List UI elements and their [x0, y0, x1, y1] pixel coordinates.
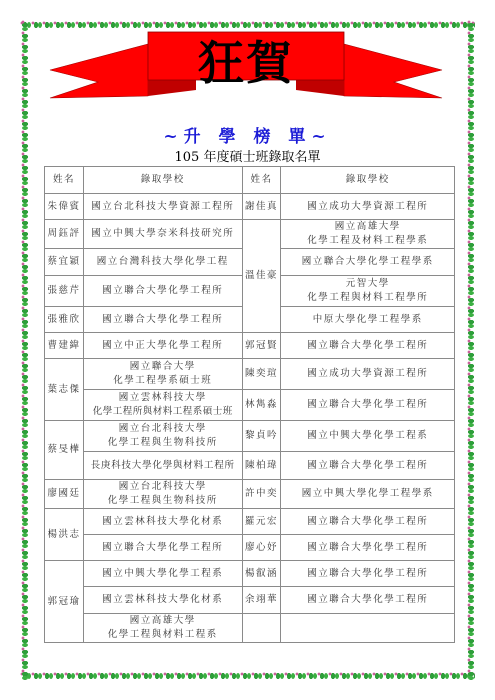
table-row: 郭冠瑜 國立中興大學化學工程系 楊叡涵 國立聯合大學化學工程所: [45, 561, 455, 587]
school-cell: 國立成功大學資源工程所: [281, 359, 455, 390]
school-line: 化學工程與生物科技所: [86, 494, 240, 508]
school-cell: 國立聯合大學化學工程所: [281, 452, 455, 480]
school-cell: 國立雲林科技大學化材系: [83, 509, 242, 535]
school-cell: 國立中興大學化學工程學系: [281, 480, 455, 509]
holly-border-right: [466, 20, 475, 680]
table-row: 周鈺評 國立中興大學奈米科技研究所 溫佳豪 國立高雄大學化學工程及材料工程學系: [45, 220, 455, 249]
table-header-row: 姓名 錄取學校 姓名 錄取學校: [45, 167, 455, 194]
empty-cell: [281, 614, 455, 643]
school-cell: 國立高雄大學化學工程與材料工程系: [83, 614, 242, 643]
table-row: 蔡旻樺 國立台北科技大學化學工程與生物科技所 黎貞吟 國立中興大學化學工程系: [45, 421, 455, 452]
school-cell: 國立台灣科技大學化學工程: [83, 249, 242, 276]
school-line: 國立台北科技大學: [86, 480, 240, 494]
empty-cell: [242, 614, 281, 643]
school-line: 化學工程與材料工程系: [86, 628, 240, 642]
student-name: 蔡旻樺: [45, 421, 84, 480]
table-row: 葉志傑 國立聯合大學化學工程學系碩士班 陳奕瑄 國立成功大學資源工程所: [45, 359, 455, 390]
student-name: 黎貞吟: [242, 421, 281, 452]
student-name: 羅元宏: [242, 509, 281, 535]
admission-table: 姓名 錄取學校 姓名 錄取學校 朱偉賓 國立台北科技大學資源工程所 謝佳真 國立…: [44, 166, 455, 643]
holly-border-left: [20, 20, 29, 680]
student-name: 楊洪志: [45, 509, 84, 561]
school-cell: 國立中正大學化學工程所: [83, 333, 242, 359]
student-name: 林雋淼: [242, 390, 281, 421]
table-row: 國立聯合大學化學工程所 廖心妤 國立聯合大學化學工程所: [45, 535, 455, 561]
header-school: 錄取學校: [83, 167, 242, 194]
table-row: 朱偉賓 國立台北科技大學資源工程所 謝佳真 國立成功大學資源工程所: [45, 194, 455, 220]
school-cell: 國立聯合大學化學工程所: [83, 276, 242, 307]
student-name: 楊叡涵: [242, 561, 281, 587]
table-row: 國立雲林科技大學化學工程所與材料工程系碩士班 林雋淼 國立聯合大學化學工程所: [45, 390, 455, 421]
school-line: 國立高雄大學: [283, 220, 452, 234]
table-row: 國立雲林科技大學化材系 余翊華 國立聯合大學化學工程所: [45, 587, 455, 614]
school-cell: 中原大學化學工程學系: [281, 307, 455, 333]
school-line: 元智大學: [283, 277, 452, 291]
table-row: 曹建緯 國立中正大學化學工程所 郭冠賢 國立聯合大學化學工程所: [45, 333, 455, 359]
school-cell: 國立成功大學資源工程所: [281, 194, 455, 220]
student-name: 謝佳真: [242, 194, 281, 220]
student-name: 郭冠瑜: [45, 561, 84, 643]
student-name: 朱偉賓: [45, 194, 84, 220]
table-title: 105 年度碩士班錄取名單: [0, 146, 495, 165]
school-cell: 國立聯合大學化學工程所: [281, 561, 455, 587]
header-school-2: 錄取學校: [281, 167, 455, 194]
school-line: 化學工程所與材料工程系碩士班: [86, 405, 240, 419]
student-name: 陳柏瑋: [242, 452, 281, 480]
school-cell: 國立聯合大學化學工程所: [281, 509, 455, 535]
school-line: 國立台北科技大學: [86, 422, 240, 436]
school-cell: 國立聯合大學化學工程學系碩士班: [83, 359, 242, 390]
header-name: 姓名: [45, 167, 84, 194]
school-cell: 國立聯合大學化學工程所: [281, 390, 455, 421]
school-cell: 國立聯合大學化學工程所: [281, 535, 455, 561]
school-cell: 元智大學化學工程與材料工程學所: [281, 276, 455, 307]
school-cell: 國立雲林科技大學化材系: [83, 587, 242, 614]
school-cell: 國立雲林科技大學化學工程所與材料工程系碩士班: [83, 390, 242, 421]
student-name: 許中奕: [242, 480, 281, 509]
student-name: 廖國廷: [45, 480, 84, 509]
student-name: 周鈺評: [45, 220, 84, 249]
school-line: 化學工程與生物科技所: [86, 436, 240, 450]
student-name: 陳奕瑄: [242, 359, 281, 390]
student-name: 張慈芹: [45, 276, 84, 307]
ribbon-banner: 狂賀: [48, 30, 444, 102]
student-name: 葉志傑: [45, 359, 84, 421]
school-cell: 國立中興大學化學工程系: [83, 561, 242, 587]
table-row: 長庚科技大學化學與材料工程所 陳柏瑋 國立聯合大學化學工程所: [45, 452, 455, 480]
school-cell: 國立聯合大學化學工程所: [281, 587, 455, 614]
school-cell: 國立台北科技大學化學工程與生物科技所: [83, 421, 242, 452]
school-cell: 國立聯合大學化學工程學系: [281, 249, 455, 276]
student-name: 余翊華: [242, 587, 281, 614]
header-name-2: 姓名: [242, 167, 281, 194]
student-name: 曹建緯: [45, 333, 84, 359]
school-cell: 國立台北科技大學化學工程與生物科技所: [83, 480, 242, 509]
school-cell: 國立聯合大學化學工程所: [83, 307, 242, 333]
table-row: 國立高雄大學化學工程與材料工程系: [45, 614, 455, 643]
student-name: 張雅欣: [45, 307, 84, 333]
student-name: 廖心妤: [242, 535, 281, 561]
school-line: 化學工程與材料工程學所: [283, 291, 452, 305]
school-cell: 國立聯合大學化學工程所: [281, 333, 455, 359]
banner-title: 狂賀: [196, 28, 296, 98]
subtitle: ~升 學 榜 單~: [0, 122, 495, 147]
school-cell: 長庚科技大學化學與材料工程所: [83, 452, 242, 480]
school-cell: 國立聯合大學化學工程所: [83, 535, 242, 561]
student-name: 蔡宜穎: [45, 249, 84, 276]
student-name: 溫佳豪: [242, 220, 281, 333]
school-line: 國立雲林科技大學: [86, 391, 240, 405]
school-line: 化學工程學系碩士班: [86, 374, 240, 388]
award-page: 狂賀 ~升 學 榜 單~ 105 年度碩士班錄取名單 姓名 錄取學校 姓名 錄取…: [0, 0, 495, 700]
table-row: 廖國廷 國立台北科技大學化學工程與生物科技所 許中奕 國立中興大學化學工程學系: [45, 480, 455, 509]
school-line: 化學工程及材料工程學系: [283, 234, 452, 248]
school-cell: 國立台北科技大學資源工程所: [83, 194, 242, 220]
table-row: 楊洪志 國立雲林科技大學化材系 羅元宏 國立聯合大學化學工程所: [45, 509, 455, 535]
student-name: 郭冠賢: [242, 333, 281, 359]
holly-border-bottom: [20, 671, 475, 680]
school-line: 國立聯合大學: [86, 360, 240, 374]
school-line: 國立高雄大學: [86, 614, 240, 628]
school-cell: 國立中興大學奈米科技研究所: [83, 220, 242, 249]
school-cell: 國立高雄大學化學工程及材料工程學系: [281, 220, 455, 249]
school-cell: 國立中興大學化學工程系: [281, 421, 455, 452]
